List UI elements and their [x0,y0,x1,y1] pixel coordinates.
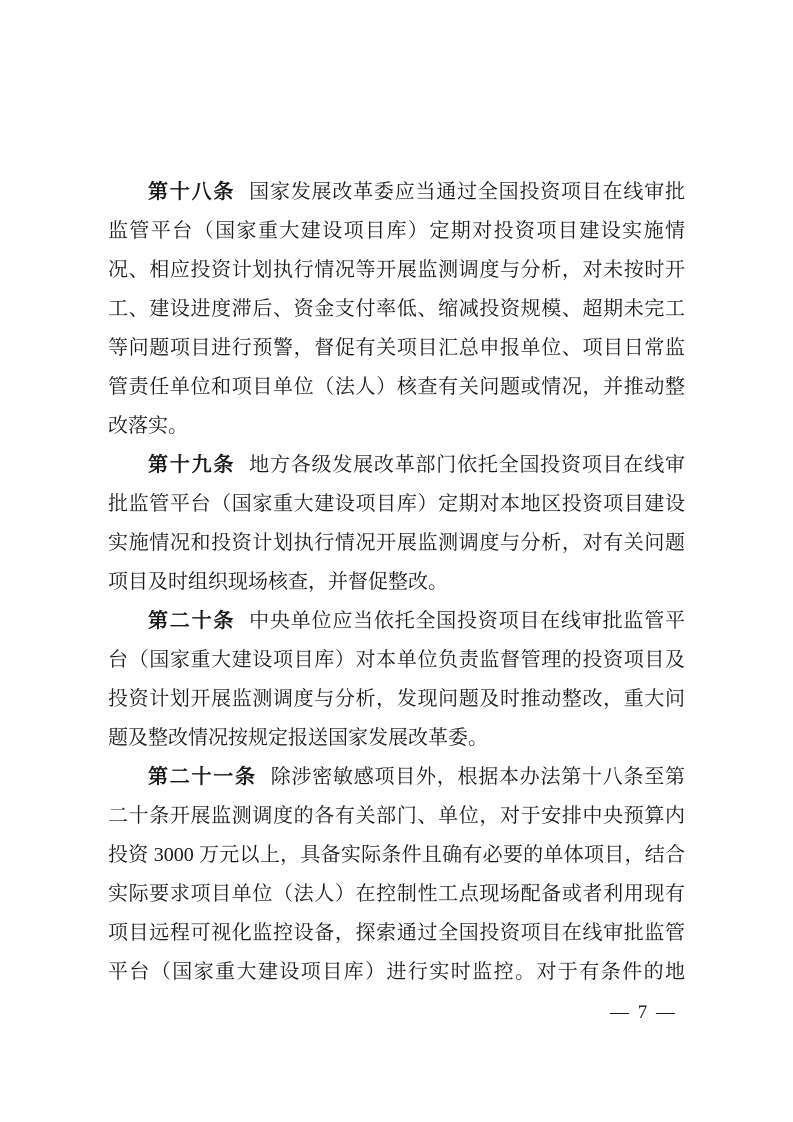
line-text: 除涉密敏感项目外，根据本办法第十八条至第 [271,766,685,788]
article-paragraph: 第十八条国家发展改革委应当通过全国投资项目在线审批监管平台（国家重大建设项目库）… [108,173,685,446]
text-line: 第十八条国家发展改革委应当通过全国投资项目在线审批 [108,173,685,212]
text-line: 第二十条中央单位应当依托全国投资项目在线审批监管平 [108,602,685,641]
text-line: 等问题项目进行预警，督促有关项目汇总申报单位、项目日常监 [108,329,685,368]
article-number: 第十九条 [148,454,235,476]
line-text: 国家发展改革委应当通过全国投资项目在线审批 [249,181,685,203]
text-line: 改落实。 [108,407,685,446]
article-number: 第十八条 [148,181,235,203]
text-line: 题及整改情况按规定报送国家发展改革委。 [108,719,685,758]
article-number: 第二十一条 [148,766,257,788]
text-block: 第十八条国家发展改革委应当通过全国投资项目在线审批监管平台（国家重大建设项目库）… [108,173,685,992]
text-line: 项目及时组织现场核查，并督促整改。 [108,563,685,602]
text-line: 批监管平台（国家重大建设项目库）定期对本地区投资项目建设 [108,485,685,524]
text-line: 况、相应投资计划执行情况等开展监测调度与分析，对未按时开 [108,251,685,290]
text-line: 台（国家重大建设项目库）对本单位负责监督管理的投资项目及 [108,641,685,680]
line-text: 地方各级发展改革部门依托全国投资项目在线审 [249,454,685,476]
text-line: 二十条开展监测调度的各有关部门、单位，对于安排中央预算内 [108,797,685,836]
text-line: 第十九条地方各级发展改革部门依托全国投资项目在线审 [108,446,685,485]
text-line: 实际要求项目单位（法人）在控制性工点现场配备或者利用现有 [108,875,685,914]
article-paragraph: 第二十条中央单位应当依托全国投资项目在线审批监管平台（国家重大建设项目库）对本单… [108,602,685,758]
text-line: 第二十一条除涉密敏感项目外，根据本办法第十八条至第 [108,758,685,797]
text-line: 工、建设进度滞后、资金支付率低、缩减投资规模、超期未完工 [108,290,685,329]
text-line: 监管平台（国家重大建设项目库）定期对投资项目建设实施情 [108,212,685,251]
text-line: 投资计划开展监测调度与分析，发现问题及时推动整改，重大问 [108,680,685,719]
text-line: 投资 3000 万元以上，具备实际条件且确有必要的单体项目，结合 [108,836,685,875]
article-paragraph: 第十九条地方各级发展改革部门依托全国投资项目在线审批监管平台（国家重大建设项目库… [108,446,685,602]
document-page: 第十八条国家发展改革委应当通过全国投资项目在线审批监管平台（国家重大建设项目库）… [0,0,793,1122]
line-text: 中央单位应当依托全国投资项目在线审批监管平 [249,610,685,632]
page-number: — 7 — [610,1000,677,1026]
article-paragraph: 第二十一条除涉密敏感项目外，根据本办法第十八条至第二十条开展监测调度的各有关部门… [108,758,685,992]
text-line: 管责任单位和项目单位（法人）核查有关问题或情况，并推动整 [108,368,685,407]
article-number: 第二十条 [148,610,235,632]
text-line: 实施情况和投资计划执行情况开展监测调度与分析，对有关问题 [108,524,685,563]
text-line: 平台（国家重大建设项目库）进行实时监控。对于有条件的地 [108,953,685,992]
text-line: 项目远程可视化监控设备，探索通过全国投资项目在线审批监管 [108,914,685,953]
